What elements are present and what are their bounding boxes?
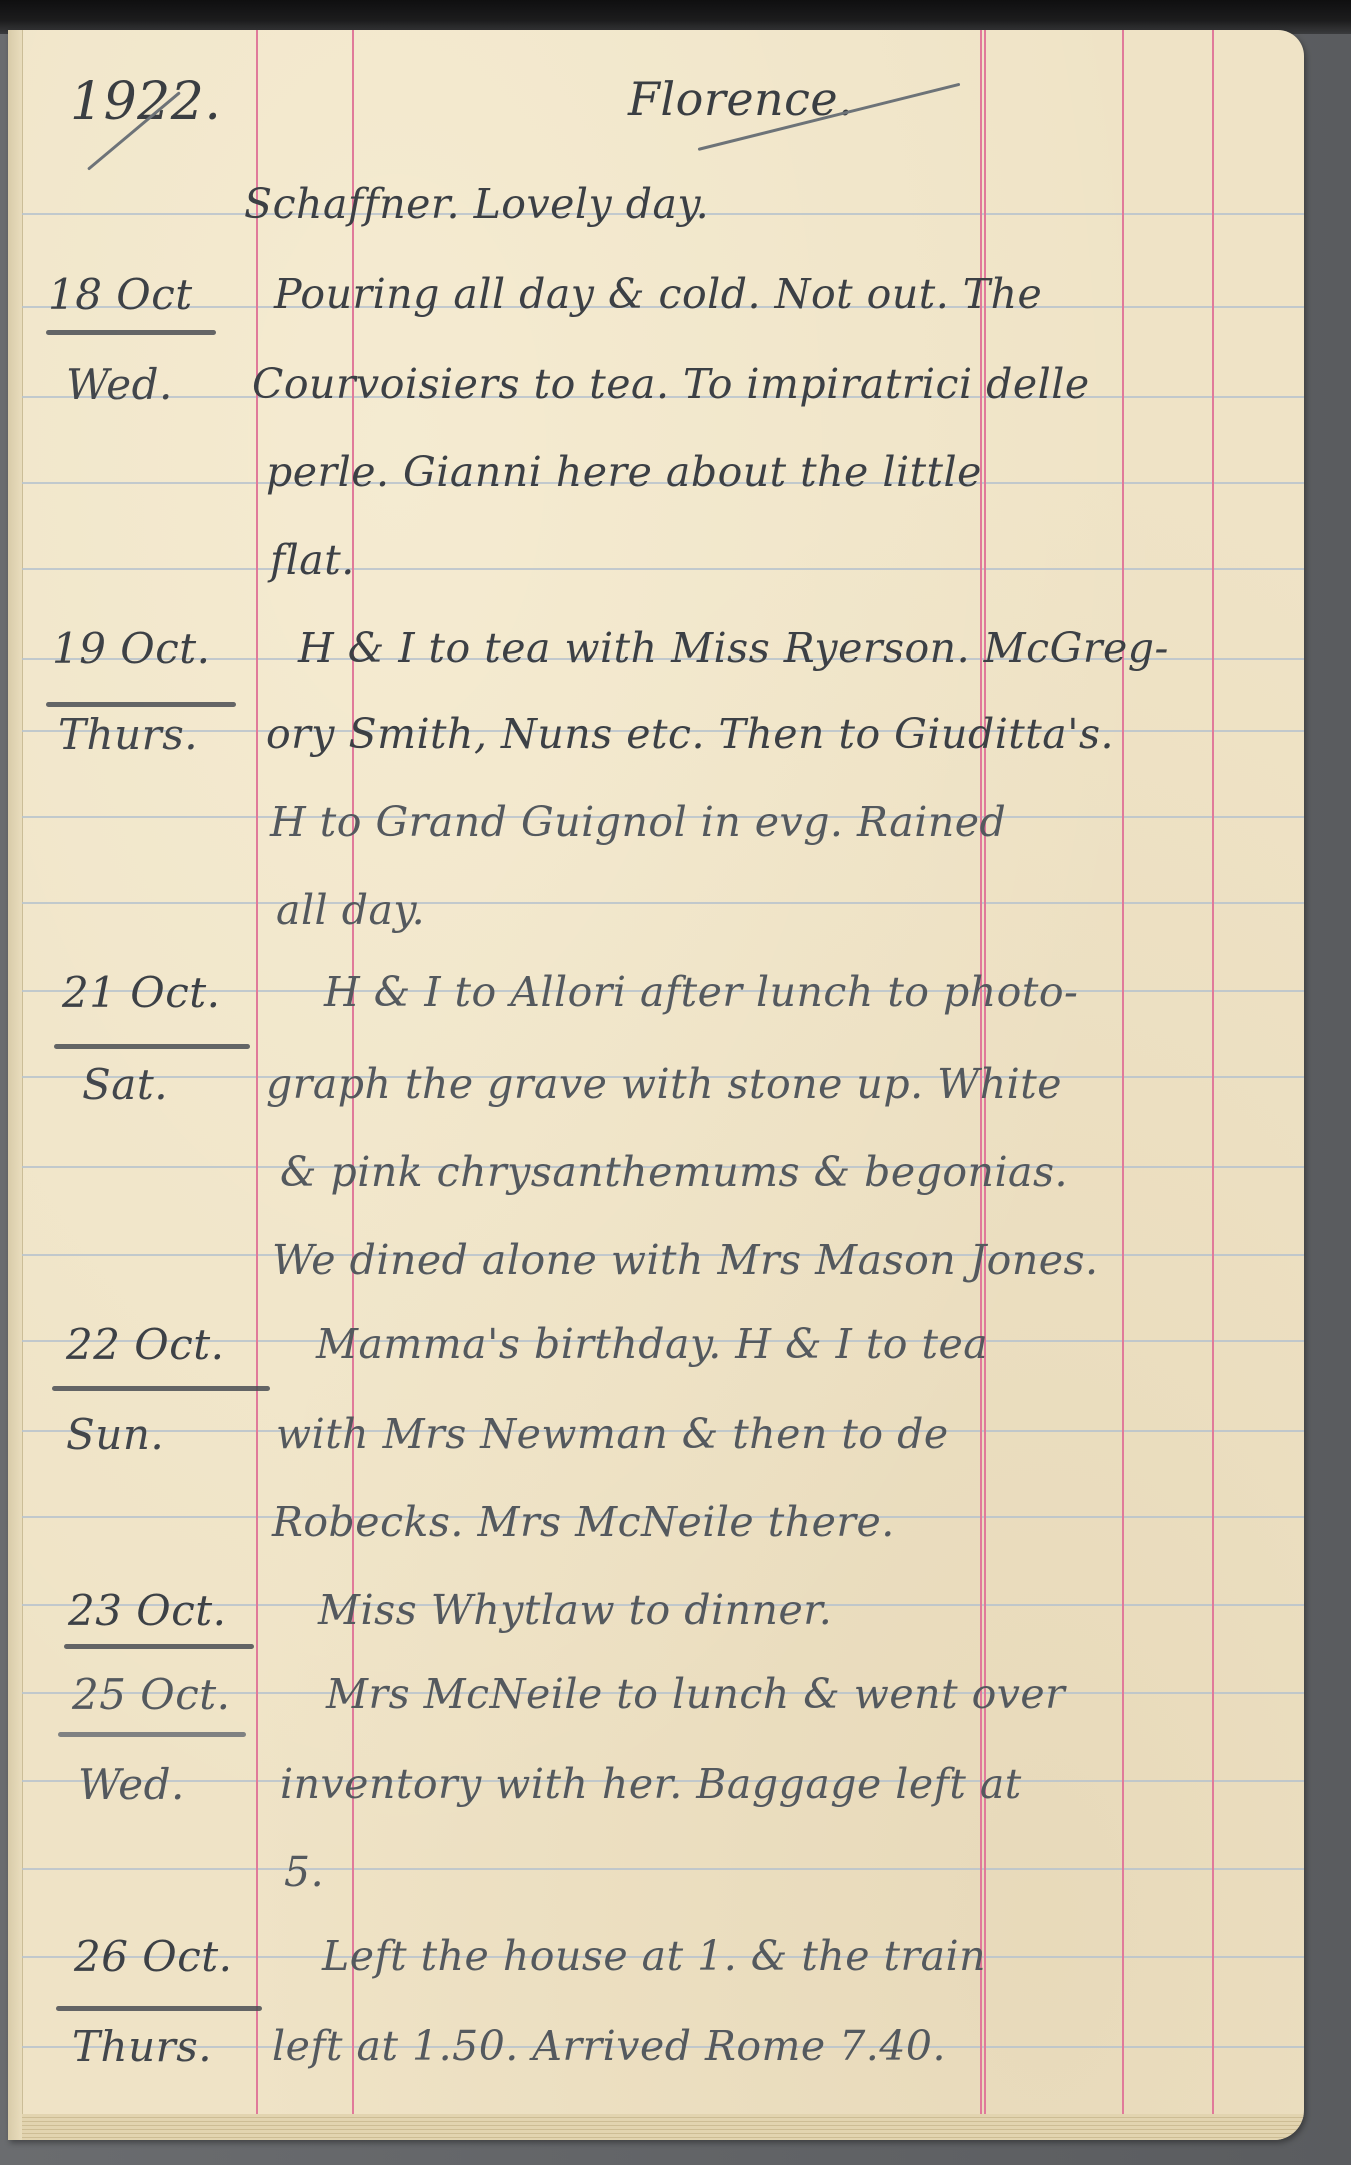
entry-line: ory Smith, Nuns etc. Then to Giuditta's. (266, 710, 1114, 758)
entry-date: 23 Oct. (68, 1586, 226, 1635)
ruled-line (22, 1868, 1304, 1870)
entry-day: Sun. (66, 1410, 164, 1459)
date-underline (64, 1644, 254, 1649)
entry-line: H to Grand Guignol in evg. Rained (270, 798, 1006, 846)
entry-date: 19 Oct. (52, 624, 210, 673)
date-underline (56, 2006, 262, 2011)
entry-line: H & I to Allori after lunch to photo- (324, 968, 1078, 1016)
entry-line: We dined alone with Mrs Mason Jones. (272, 1236, 1099, 1284)
entry-line: 5. (284, 1848, 324, 1896)
entry-line: & pink chrysanthemums & begonias. (280, 1148, 1068, 1196)
entry-line: H & I to tea with Miss Ryerson. McGreg- (298, 624, 1169, 672)
entry-date: 25 Oct. (72, 1670, 230, 1719)
entry-line: left at 1.50. Arrived Rome 7.40. (272, 2022, 946, 2070)
entry-line: flat. (270, 536, 355, 584)
entry-date: 22 Oct. (66, 1320, 224, 1369)
margin-rule (1212, 30, 1214, 2120)
entry-line: with Mrs Newman & then to de (276, 1410, 949, 1458)
entry-line: Mamma's birthday. H & I to tea (316, 1320, 988, 1368)
scanned-diary-page: 1922. Florence. Schaffner. Lovely day. 1… (0, 0, 1351, 2165)
entry-day: Wed. (78, 1760, 185, 1809)
entry-day: Thurs. (58, 710, 198, 759)
page-stack-edge (22, 2114, 1304, 2140)
entry-line: inventory with her. Baggage left at (280, 1760, 1022, 1808)
date-underline (46, 702, 236, 707)
entry-line: Robecks. Mrs McNeile there. (272, 1498, 895, 1546)
date-underline (46, 330, 216, 335)
date-underline (54, 1044, 250, 1049)
entry-line: graph the grave with stone up. White (266, 1060, 1062, 1108)
entry-line: Left the house at 1. & the train (322, 1932, 986, 1980)
entry-day: Wed. (66, 360, 173, 409)
entry-line: Mrs McNeile to lunch & went over (326, 1670, 1065, 1718)
entry-line: Pouring all day & cold. Not out. The (274, 270, 1042, 318)
page-gutter (8, 30, 23, 2140)
entry-day: Sat. (82, 1060, 168, 1109)
date-underline (58, 1732, 246, 1737)
scan-shadow (0, 0, 1351, 34)
date-underline (52, 1386, 270, 1391)
entry-line: Schaffner. Lovely day. (244, 180, 709, 228)
margin-rule (1122, 30, 1124, 2120)
ruled-line (22, 568, 1304, 570)
entry-line: perle. Gianni here about the little (266, 448, 982, 496)
entry-day: Thurs. (72, 2022, 212, 2071)
ruled-line (22, 902, 1304, 904)
margin-rule (256, 30, 258, 2120)
entry-date: 21 Oct. (62, 968, 220, 1017)
notebook-page: 1922. Florence. Schaffner. Lovely day. 1… (8, 30, 1304, 2140)
entry-line: Courvoisiers to tea. To impiratrici dell… (252, 360, 1090, 408)
entry-line: all day. (276, 886, 425, 934)
entry-date: 26 Oct. (74, 1932, 232, 1981)
entry-date: 18 Oct (48, 270, 193, 319)
entry-line: Miss Whytlaw to dinner. (318, 1586, 832, 1634)
